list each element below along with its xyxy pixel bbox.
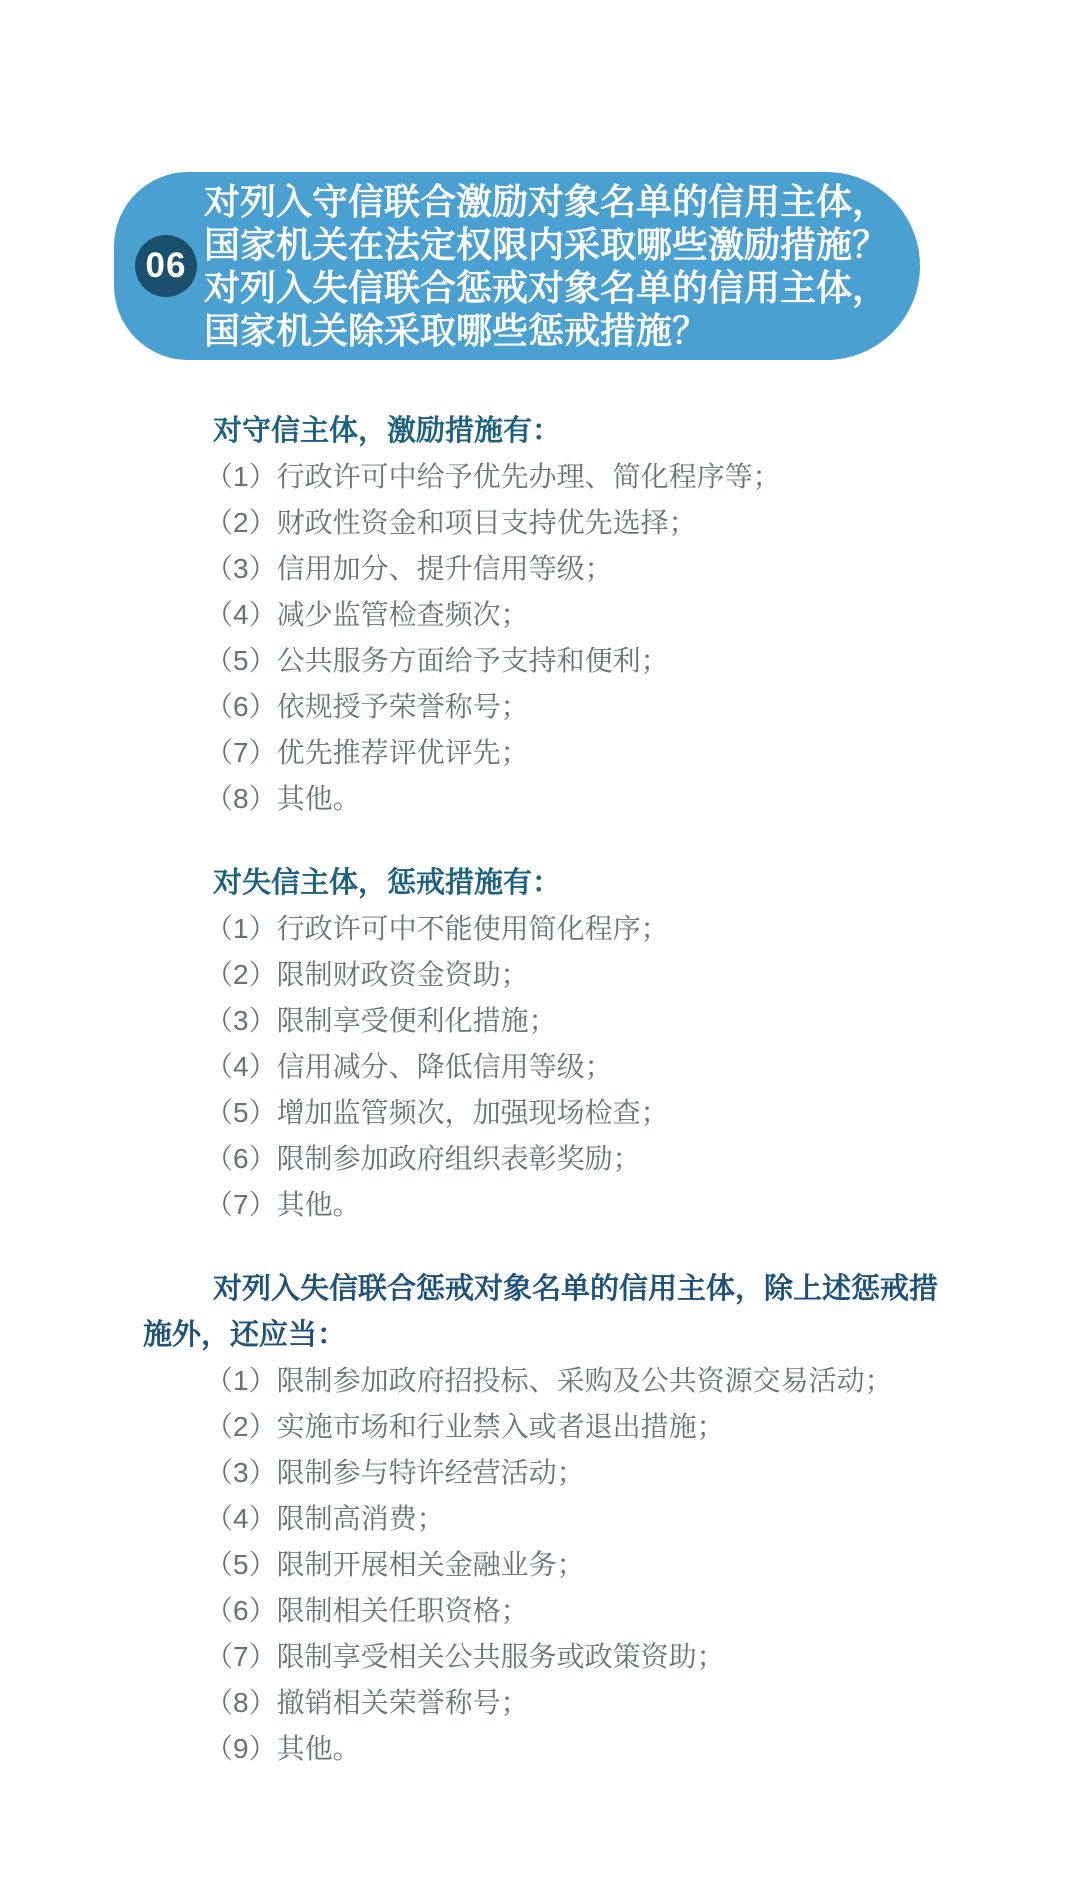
- answer-content: 对守信主体，激励措施有： （1）行政许可中给予优先办理、简化程序等；（2）财政性…: [143, 408, 1043, 1772]
- list-item: （5）限制开展相关金融业务；: [143, 1542, 1043, 1588]
- section-items: （1）行政许可中不能使用简化程序；（2）限制财政资金资助；（3）限制享受便利化措…: [143, 906, 1043, 1228]
- question-text-line: 对列入守信联合激励对象名单的信用主体，: [204, 180, 892, 223]
- section-header-line: 对失信主体，惩戒措施有：: [143, 860, 1043, 906]
- list-item: （7）其他。: [143, 1182, 1043, 1228]
- list-item: （9）其他。: [143, 1726, 1043, 1772]
- list-item: （6）依规授予荣誉称号；: [143, 684, 1043, 730]
- question-number-badge: 06: [135, 235, 197, 297]
- section-items: （1）行政许可中给予优先办理、简化程序等；（2）财政性资金和项目支持优先选择；（…: [143, 454, 1043, 822]
- question-number: 06: [146, 246, 187, 286]
- list-item: （2）限制财政资金资助；: [143, 952, 1043, 998]
- list-item: （4）限制高消费；: [143, 1496, 1043, 1542]
- question-bubble: 06 对列入守信联合激励对象名单的信用主体，国家机关在法定权限内采取哪些激励措施…: [114, 172, 920, 360]
- list-item: （4）信用减分、降低信用等级；: [143, 1044, 1043, 1090]
- section-items: （1）限制参加政府招投标、采购及公共资源交易活动；（2）实施市场和行业禁入或者退…: [143, 1358, 1043, 1772]
- list-item: （3）限制参与特许经营活动；: [143, 1450, 1043, 1496]
- section-header: 对失信主体，惩戒措施有：: [143, 860, 1043, 906]
- section-header-line: 对列入失信联合惩戒对象名单的信用主体，除上述惩戒措: [143, 1266, 1043, 1312]
- list-item: （3）信用加分、提升信用等级；: [143, 546, 1043, 592]
- list-item: （2）财政性资金和项目支持优先选择；: [143, 500, 1043, 546]
- list-item: （7）优先推荐评优评先；: [143, 730, 1043, 776]
- question-text-line: 国家机关在法定权限内采取哪些激励措施？: [204, 223, 892, 266]
- section-header: 对列入失信联合惩戒对象名单的信用主体，除上述惩戒措施外，还应当：: [143, 1266, 1043, 1358]
- list-item: （8）其他。: [143, 776, 1043, 822]
- measure-section: 对守信主体，激励措施有： （1）行政许可中给予优先办理、简化程序等；（2）财政性…: [143, 408, 1043, 822]
- measure-section: 对失信主体，惩戒措施有： （1）行政许可中不能使用简化程序；（2）限制财政资金资…: [143, 860, 1043, 1228]
- list-item: （1）行政许可中给予优先办理、简化程序等；: [143, 454, 1043, 500]
- list-item: （5）增加监管频次，加强现场检查；: [143, 1090, 1043, 1136]
- measure-section: 对列入失信联合惩戒对象名单的信用主体，除上述惩戒措施外，还应当： （1）限制参加…: [143, 1266, 1043, 1772]
- list-item: （3）限制享受便利化措施；: [143, 998, 1043, 1044]
- section-header-line: 对守信主体，激励措施有：: [143, 408, 1043, 454]
- list-item: （7）限制享受相关公共服务或政策资助；: [143, 1634, 1043, 1680]
- question-text-line: 对列入失信联合惩戒对象名单的信用主体，: [204, 266, 892, 309]
- list-item: （4）减少监管检查频次；: [143, 592, 1043, 638]
- section-header: 对守信主体，激励措施有：: [143, 408, 1043, 454]
- list-item: （6）限制相关任职资格；: [143, 1588, 1043, 1634]
- list-item: （5）公共服务方面给予支持和便利；: [143, 638, 1043, 684]
- list-item: （1）行政许可中不能使用简化程序；: [143, 906, 1043, 952]
- section-header-line: 施外，还应当：: [143, 1312, 1043, 1358]
- list-item: （2）实施市场和行业禁入或者退出措施；: [143, 1404, 1043, 1450]
- list-item: （6）限制参加政府组织表彰奖励；: [143, 1136, 1043, 1182]
- list-item: （1）限制参加政府招投标、采购及公共资源交易活动；: [143, 1358, 1043, 1404]
- question-text-line: 国家机关除采取哪些惩戒措施？: [204, 309, 892, 352]
- question-text: 对列入守信联合激励对象名单的信用主体，国家机关在法定权限内采取哪些激励措施？对列…: [204, 180, 892, 352]
- list-item: （8）撤销相关荣誉称号；: [143, 1680, 1043, 1726]
